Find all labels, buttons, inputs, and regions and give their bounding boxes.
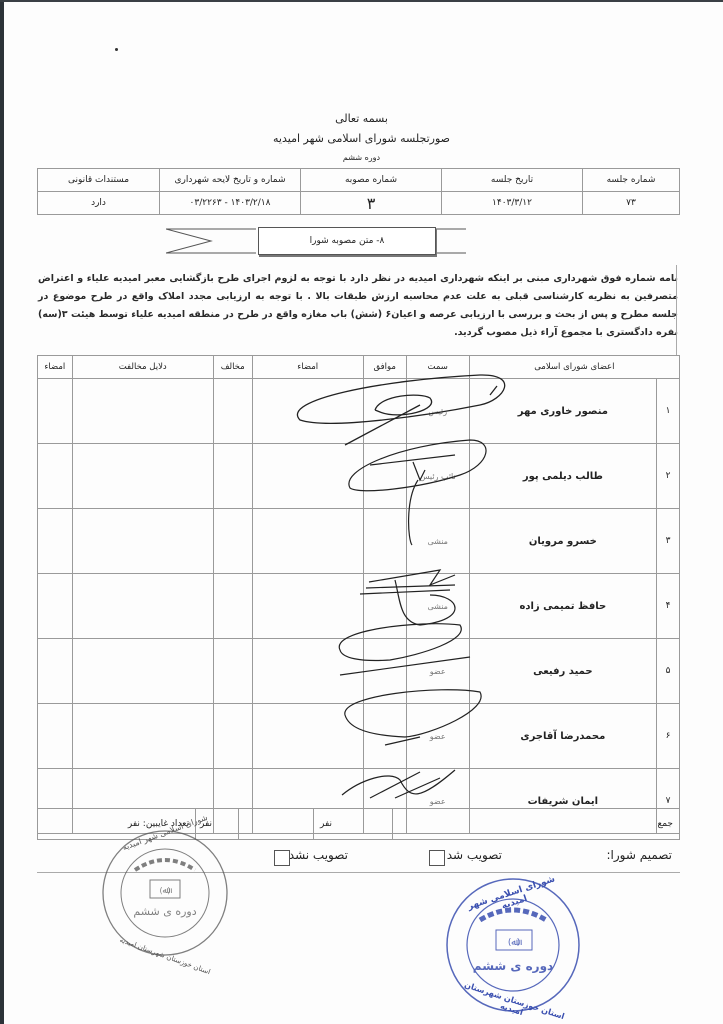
reasons-cell [72, 444, 213, 509]
signature-cell-2 [38, 444, 73, 509]
table-row: ۴ حافظ تمیمی زاده منشی [38, 574, 680, 639]
member-role: نائب رئیس [406, 444, 469, 509]
signature-cell [252, 379, 363, 444]
signature-cell-2 [38, 574, 73, 639]
signature-cell [252, 509, 363, 574]
member-name: منصور خاوری مهر [469, 379, 656, 444]
agree-cell [363, 444, 406, 509]
margin-line [676, 265, 677, 355]
meta-legal-docs: دارد [38, 192, 160, 215]
oppose-cell [213, 574, 252, 639]
meta-header-legal-docs: مستندات قانونی [38, 169, 160, 192]
signature-cell [252, 639, 363, 704]
scan-speck [115, 48, 118, 51]
member-name: حمید رفیعی [469, 639, 656, 704]
col-header-oppose: مخالف [213, 356, 252, 379]
agree-cell [363, 574, 406, 639]
sum-blank [239, 809, 314, 840]
meta-session-date: ۱۴۰۳/۳/۱۲ [442, 192, 583, 215]
svg-text:دوره ی ششم: دوره ی ششم [473, 959, 553, 974]
signature-cell-2 [38, 509, 73, 574]
decision-label: تصمیم شورا: [606, 848, 672, 862]
meta-resolution-no: ۳ [301, 192, 442, 215]
svg-text:دوره ی ششم: دوره ی ششم [133, 905, 196, 918]
signature-cell [252, 704, 363, 769]
row-number: ۵ [657, 639, 680, 704]
reasons-cell [72, 379, 213, 444]
summary-table: جمع نفر نفر تعداد غایبین: نفر [37, 808, 680, 840]
oppose-cell [213, 704, 252, 769]
svg-text:(ﷲ): (ﷲ) [508, 938, 523, 948]
col-header-members: اعضای شورای اسلامی [469, 356, 679, 379]
meta-header-bill: شماره و تاریخ لایحه شهرداری [160, 169, 301, 192]
agree-cell [363, 509, 406, 574]
row-number: ۴ [657, 574, 680, 639]
signature-cell-2 [38, 704, 73, 769]
stamp-text-right-bottom: استان خوزستان شهرستان امیدیه [458, 979, 568, 1024]
svg-text:(ﷲ): (ﷲ) [160, 886, 173, 895]
sum-label: جمع [393, 809, 680, 840]
member-role: منشی [406, 509, 469, 574]
oppose-cell [213, 444, 252, 509]
meta-table: شماره جلسه تاریخ جلسه شماره مصوبه شماره … [37, 168, 680, 215]
reasons-cell [72, 509, 213, 574]
table-row: ۱ منصور خاوری مهر رئیس [38, 379, 680, 444]
col-header-reasons: دلایل مخالفت [72, 356, 213, 379]
absent-unit: نفر [128, 819, 140, 829]
member-role: رئیس [406, 379, 469, 444]
member-name: طالب دیلمی پور [469, 444, 656, 509]
meta-header-resolution-no: شماره مصوبه [301, 169, 442, 192]
term-subtitle: دوره ششم [0, 153, 723, 162]
signature-cell [252, 574, 363, 639]
table-row: ۳ خسرو مرویان منشی [38, 509, 680, 574]
section-title: ۸- متن مصوبه شورا [258, 227, 436, 255]
member-role: عضو [406, 639, 469, 704]
meta-header-session-date: تاریخ جلسه [442, 169, 583, 192]
signature-cell [252, 444, 363, 509]
stamp-text-left-bottom: استان خوزستان شهرستان امیدیه [117, 935, 214, 977]
oppose-cell [213, 509, 252, 574]
rejected-label: تصویب نشد [289, 848, 348, 862]
bismillah-heading: بسمه تعالی [0, 112, 723, 125]
document-title: صورتجلسه شورای اسلامی شهر امیدیه [0, 132, 723, 145]
approved-checkbox[interactable] [429, 850, 445, 866]
col-header-signature: امضاء [252, 356, 363, 379]
row-number: ۱ [657, 379, 680, 444]
members-table: اعضای شورای اسلامی سمت موافق امضاء مخالف… [37, 355, 680, 834]
reasons-cell [72, 704, 213, 769]
table-row: ۶ محمدرضا آقاجری عضو [38, 704, 680, 769]
col-header-agree: موافق [363, 356, 406, 379]
member-role: عضو [406, 704, 469, 769]
signature-cell-2 [38, 379, 73, 444]
agree-cell [363, 379, 406, 444]
col-header-role: سمت [406, 356, 469, 379]
col-header-signature-2: امضاء [38, 356, 73, 379]
meta-header-session-no: شماره جلسه [583, 169, 680, 192]
member-name: محمدرضا آقاجری [469, 704, 656, 769]
reasons-cell [72, 574, 213, 639]
signature-cell-2 [38, 639, 73, 704]
reasons-cell [72, 639, 213, 704]
agree-cell [363, 639, 406, 704]
approved-label: تصویب شد [447, 848, 502, 862]
table-row: ۲ طالب دیلمی پور نائب رئیس [38, 444, 680, 509]
table-row: ۵ حمید رفیعی عضو [38, 639, 680, 704]
oppose-cell [213, 639, 252, 704]
resolution-text: نامه شماره فوق شهرداری مبنی بر اینکه شهر… [38, 270, 678, 342]
stamp-text-right: شورای اسلامی شهر امیدیه [462, 873, 563, 923]
member-name: خسرو مرویان [469, 509, 656, 574]
agree-cell [363, 704, 406, 769]
scan-edge-top [0, 0, 723, 2]
row-number: ۲ [657, 444, 680, 509]
rejected-checkbox[interactable] [274, 850, 290, 866]
meta-session-no: ۷۳ [583, 192, 680, 215]
member-name: حافظ تمیمی زاده [469, 574, 656, 639]
member-role: منشی [406, 574, 469, 639]
agree-count-unit: نفر [314, 809, 393, 840]
row-number: ۳ [657, 509, 680, 574]
oppose-cell [213, 379, 252, 444]
meta-bill: ۱۴۰۳/۲/۱۸ - ۰۳/۲۲۶۳ [160, 192, 301, 215]
row-number: ۶ [657, 704, 680, 769]
